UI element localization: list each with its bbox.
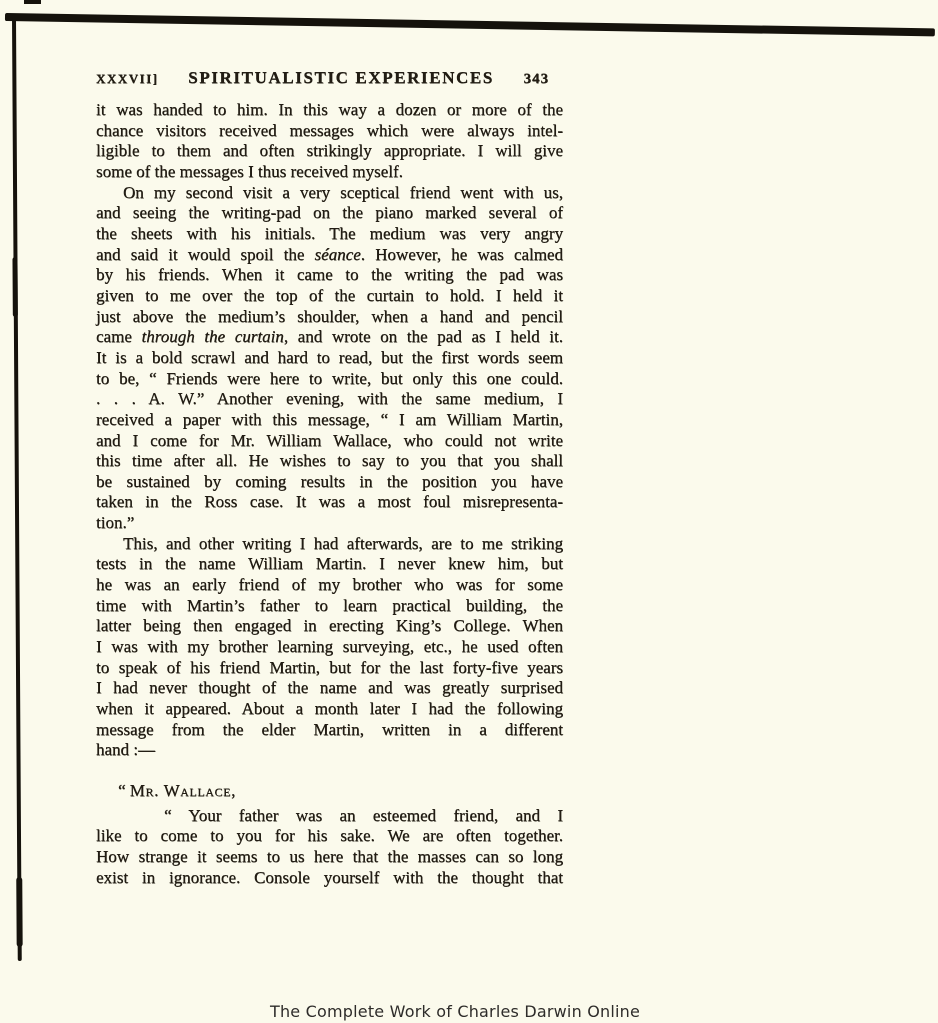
page-header: XXXVII] SPIRITUALISTIC EXPERIENCES 343	[96, 68, 563, 88]
text-line: latter being then engaged in erecting Ki…	[96, 616, 563, 637]
scan-corner-mark	[24, 0, 41, 4]
paragraph: “ Mr. Wallace,	[96, 781, 563, 802]
printed-page: XXXVII] SPIRITUALISTIC EXPERIENCES 343 i…	[96, 68, 563, 888]
text-line: be sustained by coming results in the po…	[96, 472, 563, 493]
text-line: hand :—	[96, 740, 563, 761]
text-line: the sheets with his initials. The medium…	[96, 224, 563, 245]
text-line: message from the elder Martin, written i…	[96, 720, 563, 741]
text-line: to be, “ Friends were here to write, but…	[96, 369, 563, 390]
text-line: and seeing the writing-pad on the piano …	[96, 203, 563, 224]
scan-top-edge-bar	[5, 13, 935, 36]
paragraph: it was handed to him. In this way a doze…	[96, 100, 563, 183]
text-line: I had never thought of the name and was …	[96, 678, 563, 699]
paragraph: On my second visit a very sceptical frie…	[96, 183, 563, 534]
text-line: like to come to you for his sake. We are…	[96, 826, 563, 847]
footer-caption: The Complete Work of Charles Darwin Onli…	[0, 1002, 924, 1021]
text-line: On my second visit a very sceptical frie…	[96, 183, 563, 204]
text-line: when it appeared. About a month later I …	[96, 699, 563, 720]
text-line: came through the curtain, and wrote on t…	[96, 327, 563, 348]
body-text: it was handed to him. In this way a doze…	[96, 100, 563, 888]
text-line: tests in the name William Martin. I neve…	[96, 554, 563, 575]
running-title: SPIRITUALISTIC EXPERIENCES	[159, 68, 524, 88]
text-line: it was handed to him. In this way a doze…	[96, 100, 563, 121]
text-line: exist in ignorance. Console yourself wit…	[96, 868, 563, 889]
paragraph: This, and other writing I had afterwards…	[96, 534, 563, 761]
text-line: given to me over the top of the curtain …	[96, 286, 563, 307]
text-line: this time after all. He wishes to say to…	[96, 451, 563, 472]
text-line: . . . A. W.” Another evening, with the s…	[96, 389, 563, 410]
text-line: received a paper with this message, “ I …	[96, 410, 563, 431]
text-line: and said it would spoil the séance. Howe…	[96, 245, 563, 266]
text-line: tion.”	[96, 513, 563, 534]
text-line: taken in the Ross case. It was a most fo…	[96, 492, 563, 513]
text-line: I was with my brother learning surveying…	[96, 637, 563, 658]
chapter-number: XXXVII]	[96, 71, 159, 87]
text-line: by his friends. When it came to the writ…	[96, 265, 563, 286]
text-line: “ Mr. Wallace,	[96, 781, 563, 802]
text-line: and I come for Mr. William Wallace, who …	[96, 431, 563, 452]
text-line: to speak of his friend Martin, but for t…	[96, 658, 563, 679]
scan-left-gutter-line	[12, 17, 21, 961]
text-line: he was an early friend of my brother who…	[96, 575, 563, 596]
text-line: “ Your father was an esteemed friend, an…	[96, 806, 563, 827]
text-line: It is a bold scrawl and hard to read, bu…	[96, 348, 563, 369]
text-line: some of the messages I thus received mys…	[96, 162, 563, 183]
text-line: just above the medium’s shoulder, when a…	[96, 307, 563, 328]
text-line: chance visitors received messages which …	[96, 121, 563, 142]
page-number: 343	[524, 71, 564, 88]
text-line: How strange it seems to us here that the…	[96, 847, 563, 868]
text-line: This, and other writing I had afterwards…	[96, 534, 563, 555]
paragraph: “ Your father was an esteemed friend, an…	[96, 806, 563, 889]
text-line: ligible to them and often strikingly app…	[96, 141, 563, 162]
text-line: time with Martin’s father to learn pract…	[96, 596, 563, 617]
